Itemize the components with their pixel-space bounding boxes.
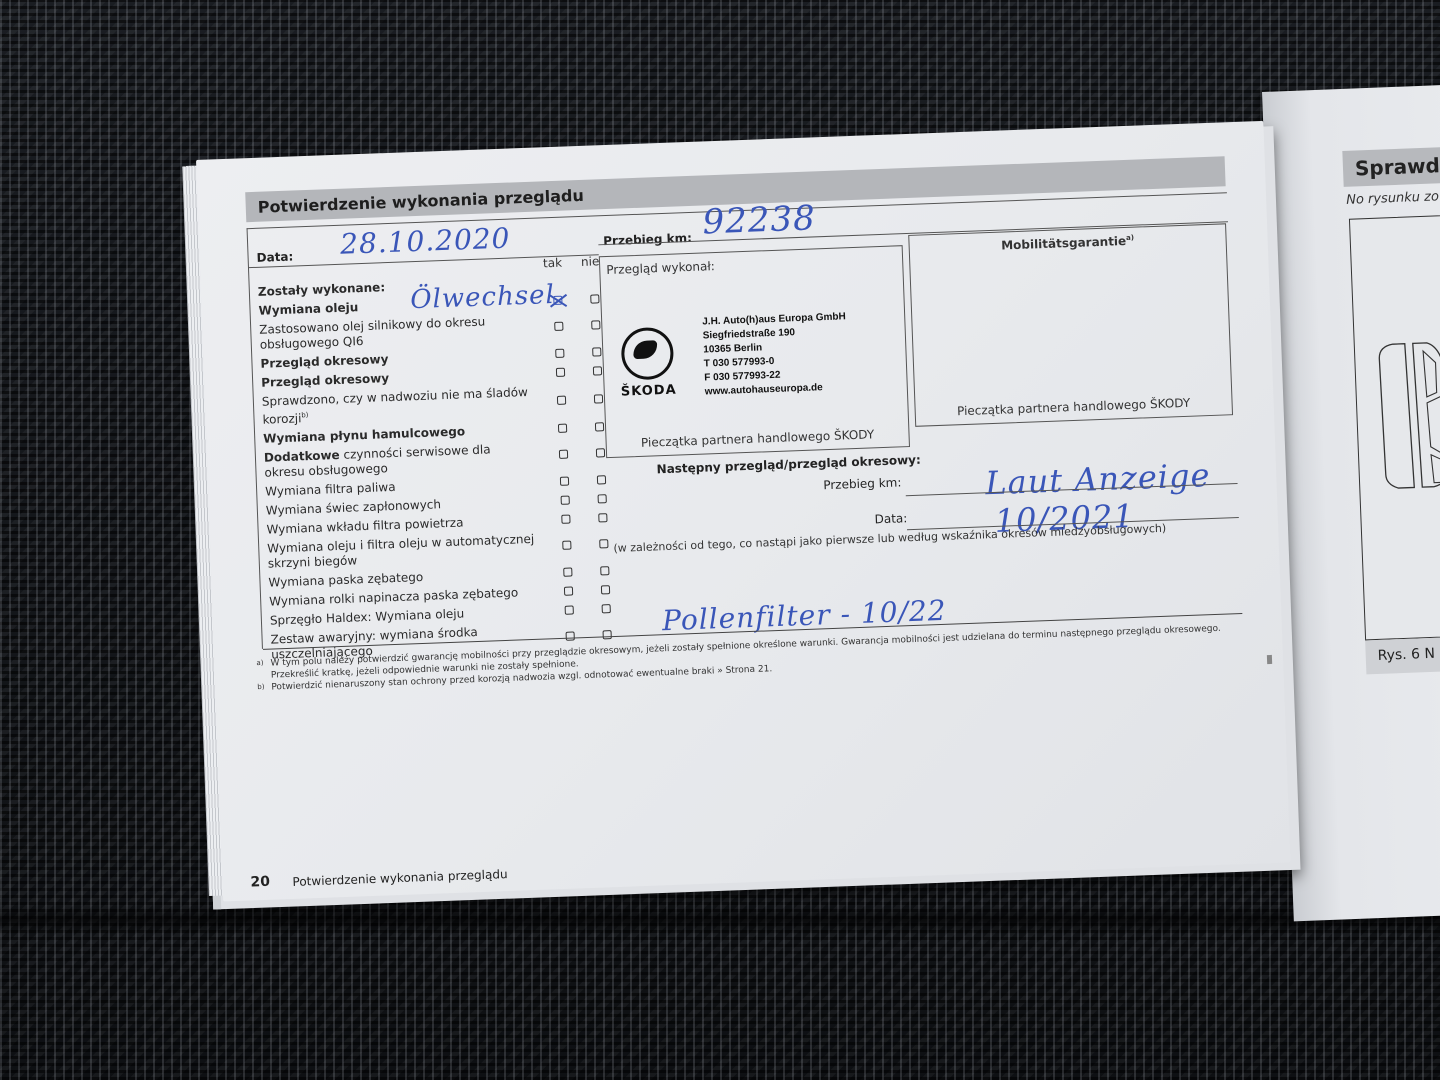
checkbox-tak[interactable]	[563, 567, 572, 576]
footnote-b-mark: b)	[257, 681, 265, 693]
service-stamp-caption: Pieczątka partnera handlowego ŠKODY	[606, 426, 908, 451]
checkbox-tak[interactable]	[558, 423, 567, 432]
right-page-header: Sprawdz	[1342, 145, 1440, 187]
checkbox-nie[interactable]	[597, 475, 606, 484]
checkbox-nie[interactable]	[598, 494, 607, 503]
pollen-filter-handwritten: Pollenfilter - 10/22	[662, 594, 948, 637]
task-label-bold: Wymiana oleju	[258, 300, 358, 318]
checkbox-nie[interactable]	[603, 630, 612, 639]
column-tak: tak	[543, 256, 563, 271]
task-label: Wymiana paska zębatego	[268, 570, 423, 590]
next-service-km-handwritten: Laut Anzeige	[985, 456, 1211, 502]
next-service-title: Następny przegląd/przegląd okresowy:	[656, 453, 921, 477]
checkbox-tak[interactable]	[565, 605, 574, 614]
mobility-guarantee-title: Mobilitätsgarantiea)	[909, 230, 1225, 256]
date-label: Data:	[256, 250, 293, 265]
mobility-guarantee-title-text: Mobilitätsgarantie	[1001, 234, 1126, 253]
task-label-bold: Zostały wykonane:	[258, 280, 386, 299]
checkbox-nie[interactable]	[602, 604, 611, 613]
checkbox-nie[interactable]	[601, 585, 610, 594]
checkbox-tak[interactable]	[559, 450, 568, 459]
checkbox-tak[interactable]	[560, 476, 569, 485]
right-page-caption-text: Rys. 6 N	[1377, 646, 1435, 664]
checkbox-tak[interactable]	[556, 367, 565, 376]
task-list: Zostały wykonane:Wymiana olejuZastosowan…	[258, 270, 612, 664]
checkbox-nie[interactable]	[590, 294, 599, 303]
checkbox-tak[interactable]	[561, 495, 570, 504]
checkbox-nie[interactable]	[592, 347, 601, 356]
skoda-arrow-icon	[620, 327, 674, 381]
next-service-km-label: Przebieg km:	[823, 475, 902, 492]
service-stamp-box: Przegląd wykonał: ŠKODA J.H. Auto(h)aus …	[599, 245, 910, 458]
checkbox-tak[interactable]	[554, 322, 563, 331]
checkbox-nie[interactable]	[600, 566, 609, 575]
section-end-marker	[1267, 655, 1272, 664]
task-label: Wymiana filtra paliwa	[265, 480, 396, 499]
checkbox-nie[interactable]	[595, 422, 604, 431]
checkbox-tak[interactable]	[566, 631, 575, 640]
task-label-bold: Przegląd okresowy	[261, 371, 389, 390]
right-page-subtitle: No rysunku zo	[1346, 189, 1439, 208]
right-page-caption: Rys. 6 N	[1365, 634, 1440, 675]
section-title: Potwierdzenie wykonania przeglądu	[257, 186, 584, 217]
checkbox-tak[interactable]	[557, 395, 566, 404]
right-page-header-text: Sprawdz	[1355, 153, 1440, 181]
next-service-note: (w zależności od tego, co nastąpi jako p…	[613, 522, 1166, 555]
footnote-a-mark: a)	[256, 657, 263, 669]
mobility-stamp-caption: Pieczątka partnera handlowego ŠKODY	[915, 394, 1231, 420]
mileage-label: Przebieg km:	[603, 231, 692, 248]
seat-seam	[0, 905, 1440, 935]
skoda-wordmark: ŠKODA	[619, 382, 680, 399]
checkbox-tak[interactable]	[555, 348, 564, 357]
page-number: 20	[250, 874, 270, 891]
running-title: Potwierdzenie wykonania przeglądu	[292, 867, 508, 889]
car-outline-icon	[1369, 333, 1440, 499]
checkbox-nie[interactable]	[598, 513, 607, 522]
service-performed-label: Przegląd wykonał:	[606, 259, 715, 277]
checkbox-tak[interactable]	[561, 514, 570, 523]
checkbox-nie[interactable]	[594, 394, 603, 403]
service-form: Data: 28.10.2020 Przebieg km: 92238 tak …	[247, 192, 1243, 649]
task-footnote-mark: b)	[301, 411, 308, 419]
date-handwritten: 28.10.2020	[340, 222, 511, 261]
checkbox-tak[interactable]	[562, 541, 571, 550]
skoda-logo-icon: ŠKODA	[616, 327, 679, 400]
mobility-guarantee-box: Mobilitätsgarantiea) Pieczątka partnera …	[908, 223, 1233, 427]
mobility-footnote-mark: a)	[1126, 234, 1134, 242]
column-nie: nie	[581, 254, 600, 269]
checkbox-nie[interactable]	[593, 366, 602, 375]
task-label: Zastosowano olej silnikowy do okresu obs…	[259, 315, 485, 352]
checkbox-tak[interactable]	[564, 586, 573, 595]
checkbox-nie[interactable]	[599, 539, 608, 548]
right-page-figure	[1349, 212, 1440, 640]
task-label-bold: Przegląd okresowy	[260, 352, 388, 371]
checkbox-tak[interactable]	[553, 295, 562, 304]
task-label-bold: Dodatkowe	[264, 448, 340, 465]
service-record-page: Potwierdzenie wykonania przeglądu Data: …	[196, 121, 1290, 902]
page-edges	[182, 166, 223, 896]
checkbox-nie[interactable]	[596, 448, 605, 457]
next-service-date-label: Data:	[874, 511, 907, 526]
dealer-stamp: J.H. Auto(h)aus Europa GmbH Siegfriedstr…	[702, 310, 849, 399]
checkbox-nie[interactable]	[591, 320, 600, 329]
mileage-handwritten: 92238	[702, 198, 817, 242]
